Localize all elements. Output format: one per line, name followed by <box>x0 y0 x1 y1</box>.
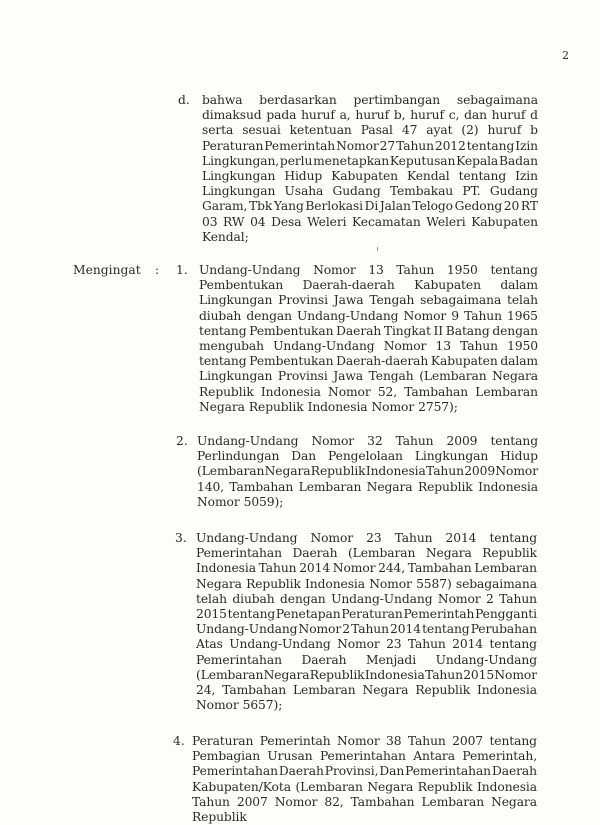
mengingat-item-2-marker: 2. <box>176 434 188 449</box>
mengingat-item-3-marker: 3. <box>175 531 187 546</box>
text-line: PembentukanDaerah-daerahKabupatendalam <box>199 278 538 293</box>
mengingat-item-1: Undang-UndangNomor13Tahun1950tentangPemb… <box>199 263 538 415</box>
considering-paragraph-d: bahwaberdasarkanpertimbangansebagaimanad… <box>202 93 538 245</box>
text-line: Nomor5059); <box>197 495 538 510</box>
text-line: LingkunganUsahaGudangTembakauPT.Gudang <box>202 184 538 199</box>
mengingat-item-1-marker: 1. <box>176 263 188 278</box>
mengingat-item-2: Undang-UndangNomor32Tahun2009tentangPerl… <box>197 434 538 510</box>
mengingat-label: Mengingat <box>73 263 141 278</box>
text-line: NegaraRepublikIndonesiaNomor5587)sebagai… <box>196 577 537 592</box>
text-line: LingkunganHidupKabupatenKendaltentangIzi… <box>202 169 538 184</box>
text-line: bahwaberdasarkanpertimbangansebagaimana <box>202 93 538 108</box>
text-line: PerlindunganDanPengelolaanLingkunganHidu… <box>197 449 538 464</box>
scan-speck <box>377 247 378 251</box>
text-line: sertasesuaiketentuanPasal47ayat(2)hurufb <box>202 123 538 138</box>
text-line: Undang-UndangNomor32Tahun2009tentang <box>197 434 538 449</box>
text-line: tentangPembentukanDaerah-daerahKabupaten… <box>199 354 538 369</box>
text-line: Lingkungan,perlumenetapkanKeputusanKepal… <box>202 154 538 169</box>
mengingat-colon: : <box>155 263 159 278</box>
mengingat-item-4: PeraturanPemerintahNomor38Tahun2007tenta… <box>192 734 537 825</box>
text-line: 24,TambahanLembaranNegaraRepublikIndones… <box>196 683 537 698</box>
text-line: diubahdenganUndang-UndangNomor9Tahun1965 <box>199 309 538 324</box>
text-line: mengubahUndang-UndangNomor13Tahun1950 <box>199 339 538 354</box>
text-line: PeraturanPemerintahNomor38Tahun2007tenta… <box>192 734 537 749</box>
text-line: IndonesiaTahun2014Nomor244,TambahanLemba… <box>196 561 537 576</box>
text-line: 140,TambahanLembaranNegaraRepublikIndone… <box>197 480 538 495</box>
mengingat-item-3: Undang-UndangNomor23Tahun2014tentangPeme… <box>196 531 537 713</box>
text-line: 2015tentangPenetapanPeraturanPemerintahP… <box>196 607 537 622</box>
text-line: Kendal; <box>202 230 538 245</box>
mengingat-item-4-marker: 4. <box>173 734 185 749</box>
text-line: 03RW04DesaWeleriKecamatanWeleriKabupaten <box>202 215 538 230</box>
text-line: Kabupaten/Kota(LembaranNegaraRepublikInd… <box>192 780 537 795</box>
text-line: dimaksudpadahurufa,hurufb,hurufc,danhuru… <box>202 108 538 123</box>
text-line: telahdiubahdenganUndang-UndangNomor2Tahu… <box>196 592 537 607</box>
text-line: Undang-UndangNomor13Tahun1950tentang <box>199 263 538 278</box>
text-line: Undang-UndangNomor23Tahun2014tentang <box>196 531 537 546</box>
text-line: PemerintahanDaerahMenjadiUndang-Undang <box>196 653 537 668</box>
text-line: PembagianUrusanPemerintahanAntaraPemerin… <box>192 749 537 764</box>
text-line: RepublikIndonesiaNomor52,TambahanLembara… <box>199 385 538 400</box>
text-line: PemerintahanDaerahProvinsi,DanPemerintah… <box>192 764 537 779</box>
page-number: 2 <box>562 49 569 62</box>
text-line: (LembaranNegaraRepublikIndonesiaTahun200… <box>197 464 538 479</box>
text-line: PemerintahanDaerah(LembaranNegaraRepubli… <box>196 546 537 561</box>
considering-marker: d. <box>178 93 190 108</box>
text-line: Garam,TbkYangBerlokasiDiJalanTelogoGedon… <box>202 199 538 214</box>
text-line: LingkunganProvinsiJawaTengahsebagaimanat… <box>199 293 538 308</box>
text-line: Undang-UndangNomor2Tahun2014tentangPerub… <box>196 622 537 637</box>
text-line: AtasUndang-UndangNomor23Tahun2014tentang <box>196 637 537 652</box>
text-line: LingkunganProvinsiJawaTengah(LembaranNeg… <box>199 369 538 384</box>
text-line: PeraturanPemerintahNomor27Tahun2012tenta… <box>202 139 538 154</box>
text-line: (LembaranNegaraRepublikIndonesiaTahun201… <box>196 668 537 683</box>
text-line: tentangPembentukanDaerahTingkatIIBatangd… <box>199 324 538 339</box>
text-line: Tahun2007Nomor82,TambahanLembaranNegara <box>192 795 537 810</box>
text-line: NegaraRepublikIndonesiaNomor2757); <box>199 400 538 415</box>
text-line: Nomor5657); <box>196 698 537 713</box>
text-line: Republik <box>192 810 537 825</box>
